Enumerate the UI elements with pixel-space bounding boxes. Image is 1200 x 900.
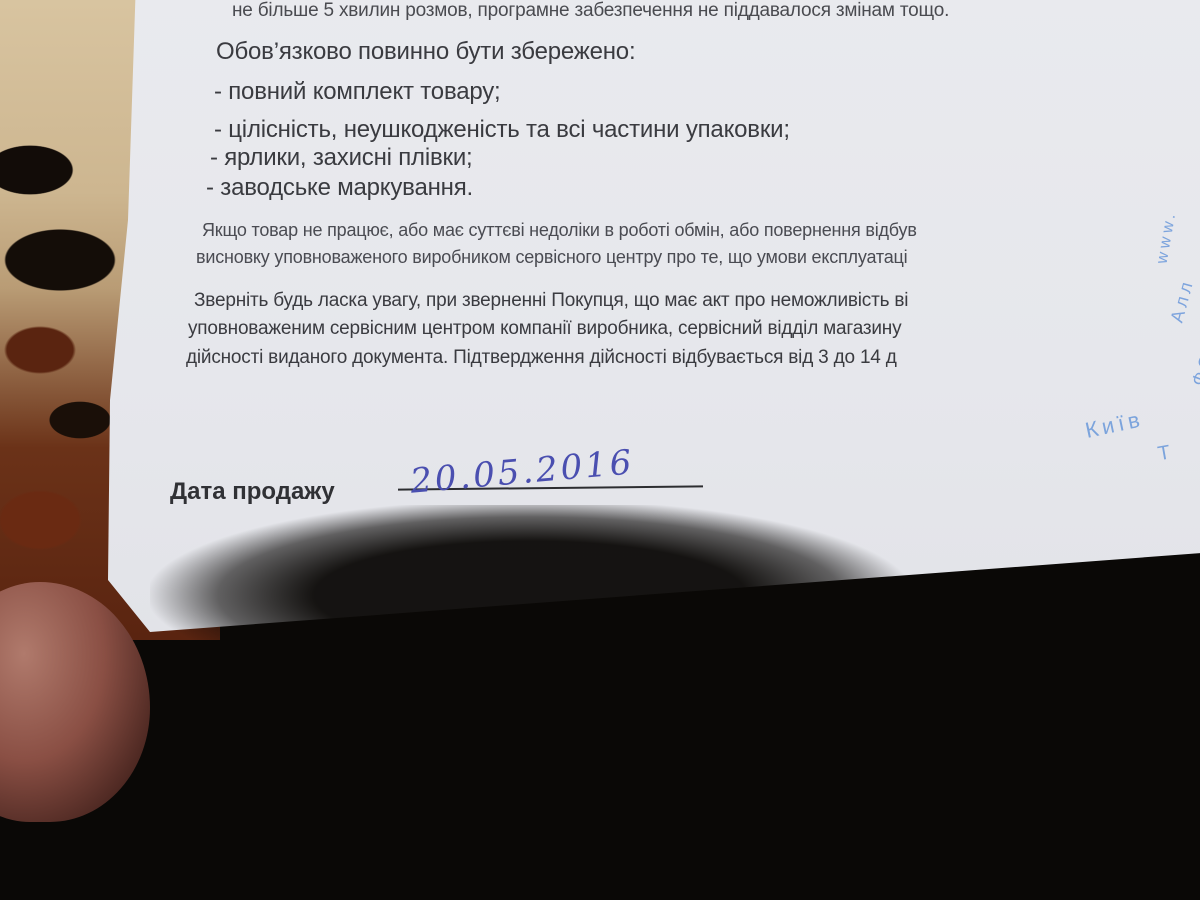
must-keep-item: - цілісність, неушкодженість та всі част… [214, 116, 790, 144]
attention-paragraph-line: уповноваженим сервісним центром компанії… [188, 318, 901, 340]
attention-paragraph-line: Зверніть будь ласка увагу, при зверненні… [194, 290, 908, 312]
attention-paragraph-line: дійсності виданого документа. Підтвердже… [186, 347, 897, 369]
intro-tail-text: не більше 5 хвилин розмов, програмне заб… [232, 0, 949, 22]
must-keep-item: - заводське маркування. [206, 174, 473, 202]
must-keep-item: - повний комплект товару; [214, 78, 501, 106]
defect-paragraph-line: Якщо товар не працює, або має суттєві не… [202, 220, 917, 241]
sale-date-label: Дата продажу [170, 478, 335, 506]
must-keep-item: - ярлики, захисні плівки; [210, 144, 473, 172]
must-keep-heading: Обов’язково повинно бути збережено: [216, 38, 635, 66]
defect-paragraph-line: висновку уповноваженого виробником серві… [196, 247, 907, 268]
